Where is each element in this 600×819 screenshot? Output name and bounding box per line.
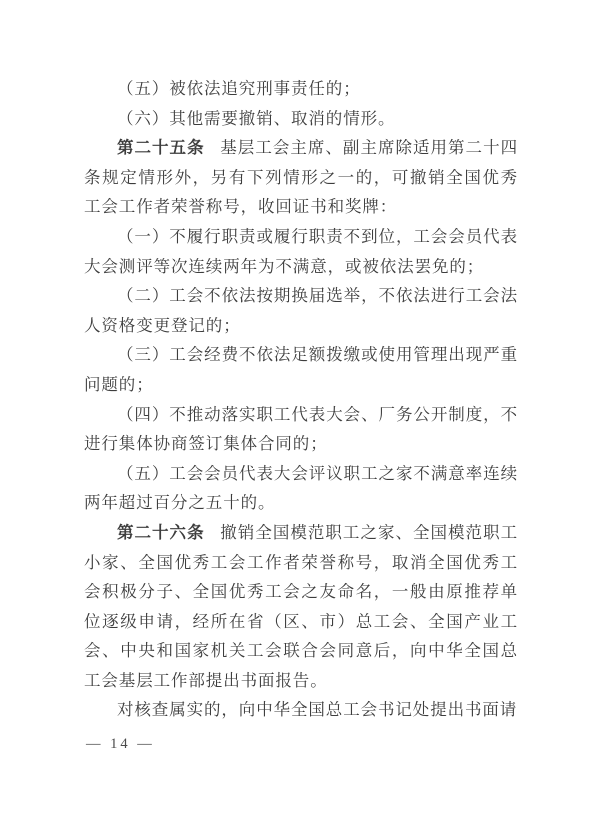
document-body: （五）被依法追究刑事责任的； （六）其他需要撤销、取消的情形。 第二十五条基层工… [84,74,518,725]
paragraph: （五）工会会员代表大会评议职工之家不满意率连续两年超过百分之五十的。 [84,459,518,518]
paragraph-text: （五）被依法追究刑事责任的； [117,79,361,98]
paragraph-text: 撤销全国模范职工之家、全国模范职工小家、全国优秀工会工作者荣誉称号，取消全国优秀… [84,523,518,690]
paragraph-text: （二）工会不依法按期换届选举，不依法进行工会法人资格变更登记的； [84,286,518,335]
paragraph-text: （六）其他需要撤销、取消的情形。 [117,109,395,128]
paragraph: 对核查属实的，向中华全国总工会书记处提出书面请 [84,695,518,725]
paragraph-text: 对核查属实的，向中华全国总工会书记处提出书面请 [117,700,517,719]
article-number: 第二十六条 [117,523,205,542]
paragraph: （五）被依法追究刑事责任的； [84,74,518,104]
paragraph-text: （四）不推动落实职工代表大会、厂务公开制度，不进行集体协商签订集体合同的； [84,405,518,454]
paragraph-text: （五）工会会员代表大会评议职工之家不满意率连续两年超过百分之五十的。 [84,464,518,513]
paragraph: （二）工会不依法按期换届选举，不依法进行工会法人资格变更登记的； [84,281,518,340]
paragraph-text: （一）不履行职责或履行职责不到位，工会会员代表大会测评等次连续两年为不满意，或被… [84,227,518,276]
paragraph: （四）不推动落实职工代表大会、厂务公开制度，不进行集体协商签订集体合同的； [84,400,518,459]
paragraph-article-25: 第二十五条基层工会主席、副主席除适用第二十四条规定情形外，另有下列情形之一的，可… [84,133,518,222]
article-number: 第二十五条 [117,138,205,157]
document-page: （五）被依法追究刑事责任的； （六）其他需要撤销、取消的情形。 第二十五条基层工… [0,0,600,819]
paragraph: （一）不履行职责或履行职责不到位，工会会员代表大会测评等次连续两年为不满意，或被… [84,222,518,281]
paragraph: （六）其他需要撤销、取消的情形。 [84,104,518,134]
paragraph: （三）工会经费不依法足额拨缴或使用管理出现严重问题的； [84,340,518,399]
paragraph-text: （三）工会经费不依法足额拨缴或使用管理出现严重问题的； [84,345,518,394]
paragraph-article-26: 第二十六条撤销全国模范职工之家、全国模范职工小家、全国优秀工会工作者荣誉称号，取… [84,518,518,696]
page-number: — 14 — [86,736,155,753]
